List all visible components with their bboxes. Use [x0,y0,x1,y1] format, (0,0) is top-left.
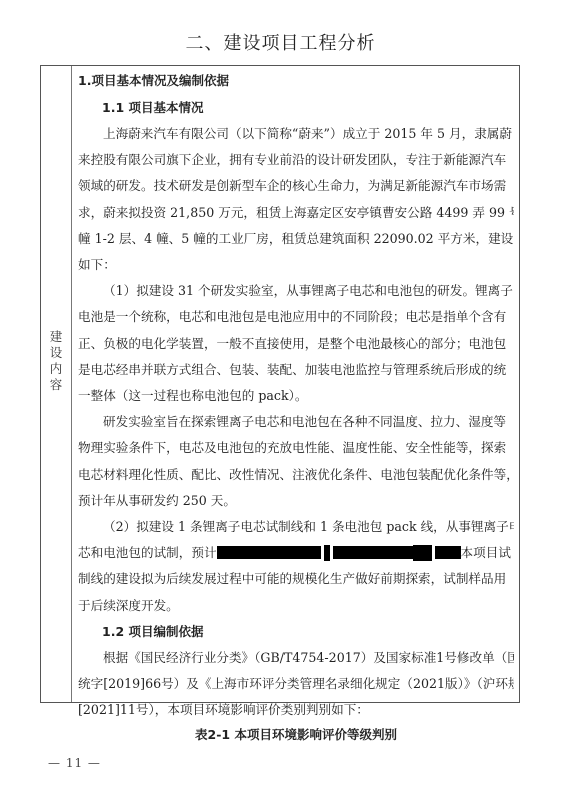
redaction-bar [413,545,432,561]
redaction-bar [324,545,330,561]
label-column: 建设内容 [41,66,72,702]
paragraph-lab: 研发实验室旨在探索锂离子电芯和电池包在各种不同温度、拉力、湿度等 物理实验条件下… [78,409,514,514]
section-title: 二、建设项目工程分析 [0,29,561,55]
text-line: 于后续深度开发。 [78,593,514,619]
text-line: 研发实验室旨在探索锂离子电芯和电池包在各种不同温度、拉力、湿度等 [78,409,514,435]
text-line: 领域的研发。技术研发是创新型车企的核心生命力，为满足新能源汽车市场需 [78,173,514,199]
text-fragment: 本项目试 [461,545,511,560]
label-char: 容 [41,377,71,393]
text-line: 来控股有限公司旗下企业，拥有专业前沿的设计研发团队，专注于新能源汽车 [78,147,514,173]
redaction-bar [333,546,413,559]
text-line: 电池是一个统称，电芯和电池包是电池应用中的不同阶段；电芯是指单个含有 [78,304,514,330]
page-number: — 11 — [48,756,101,770]
text-line: （1）拟建设 31 个研发实验室，从事锂离子电芯和电池包的研发。锂离子 [78,278,514,304]
text-line: 是电芯经串并联方式组合、包装、装配、加装电池监控与管理系统后形成的统 [78,357,514,383]
paragraph-item-1: （1）拟建设 31 个研发实验室，从事锂离子电芯和电池包的研发。锂离子 电池是一… [78,278,514,409]
text-line: 统字[2019]66号）及《上海市环评分类管理名录细化规定（2021版）》（沪环… [78,671,514,697]
heading-project-overview: 1.1 项目基本情况 [78,95,514,121]
content-cell: 1.项目基本情况及编制依据 1.1 项目基本情况 上海蔚来汽车有限公司（以下简称… [78,71,514,747]
label-char: 设 [41,345,71,361]
label-char: 建 [41,329,71,345]
text-line: 上海蔚来汽车有限公司（以下简称“蔚来”）成立于 2015 年 5 月，隶属蔚 [78,121,514,147]
text-line: 一整体（这一过程也称电池包的 pack）。 [78,383,514,409]
redaction-bar [435,546,461,559]
redaction-bar [217,546,321,559]
table-caption: 表2-1 本项目环境影响评价等级判别 [78,723,514,747]
text-fragment: 芯和电池包的试制，预计 [78,545,217,560]
text-line: 电芯材料理化性质、配比、改性情况、注液优化条件、电池包装配优化条件等， [78,462,514,488]
text-line: 制线的建设拟为后续发展过程中可能的规模化生产做好前期探索，试制样品用 [78,566,514,592]
paragraph-item-2: （2）拟建设 1 条锂离子电芯试制线和 1 条电池包 pack 线，从事锂离子电… [78,514,514,619]
text-line: 如下： [78,252,514,278]
label-column-text: 建设内容 [41,329,71,393]
text-line: 预计年从事研发约 250 天。 [78,488,514,514]
text-line: （2）拟建设 1 条锂离子电芯试制线和 1 条电池包 pack 线，从事锂离子电 [78,514,514,540]
paragraph-basis: 根据《国民经济行业分类》（GB/T4754-2017）及国家标准1号修改单（国 … [78,645,514,724]
text-line: 根据《国民经济行业分类》（GB/T4754-2017）及国家标准1号修改单（国 [78,645,514,671]
text-line: 正、负极的电化学装置，一般不直接使用，是整个电池最核心的部分；电池包 [78,331,514,357]
heading-project-basics: 1.项目基本情况及编制依据 [78,71,514,95]
text-line: 求，蔚来拟投资 21,850 万元，租赁上海嘉定区安亭镇曹安公路 4499 弄 … [78,200,514,226]
label-char: 内 [41,361,71,377]
text-line: [2021]11号），本项目环境影响评价类别判别如下： [78,697,514,723]
heading-compilation-basis: 1.2 项目编制依据 [78,619,514,645]
text-line: 幢 1-2 层、4 幢、5 幢的工业厂房，租赁总建筑面积 22090.02 平方… [78,226,514,252]
text-line: 物理实验条件下，电芯及电池包的充放电性能、温度性能、安全性能等，探索 [78,435,514,461]
text-line-redacted: 芯和电池包的试制，预计本项目试 [78,540,514,566]
paragraph-intro: 上海蔚来汽车有限公司（以下简称“蔚来”）成立于 2015 年 5 月，隶属蔚 来… [78,121,514,278]
project-info-table: 建设内容 1.项目基本情况及编制依据 1.1 项目基本情况 上海蔚来汽车有限公司… [40,65,520,703]
